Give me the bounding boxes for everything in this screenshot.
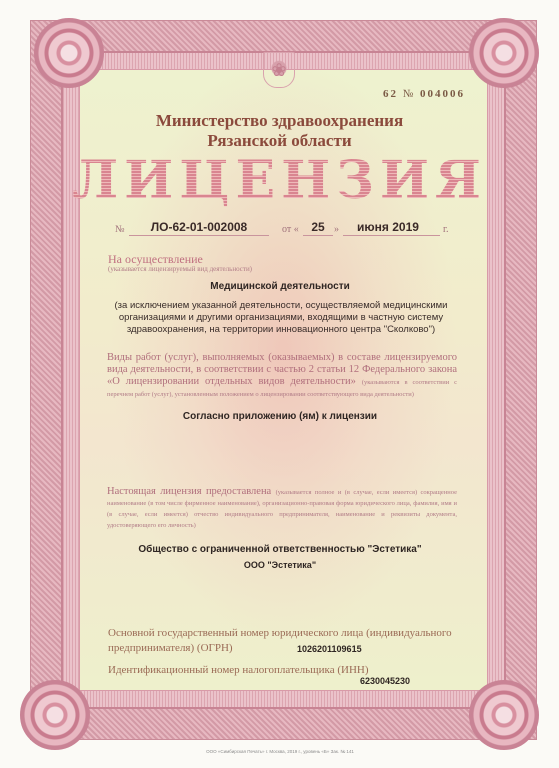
- inn-label: Идентификационный номер налогоплательщик…: [108, 664, 369, 676]
- serial-value: 004006: [420, 88, 465, 100]
- issuer: Министерство здравоохранения Рязанской о…: [0, 111, 559, 151]
- corner-rosette-icon: [20, 680, 90, 750]
- works-block: Виды работ (услуг), выполняемых (оказыва…: [107, 352, 457, 400]
- issuer-line1: Министерство здравоохранения: [0, 111, 559, 131]
- year-suffix: г.: [443, 224, 448, 235]
- serial-region: 62: [383, 88, 398, 100]
- license-number: ЛО-62-01-002008: [129, 220, 269, 234]
- activity-value: Медицинской деятельности: [80, 281, 480, 292]
- number-label: №: [115, 224, 125, 235]
- corner-rosette-icon: [469, 18, 539, 88]
- serial-number: 62 № 004006: [383, 88, 465, 100]
- licensee-full-name: Общество с ограниченной ответственностью…: [80, 544, 480, 555]
- ogrn-value: 1026201109615: [297, 644, 362, 654]
- corner-rosette-icon: [469, 680, 539, 750]
- issuer-line2: Рязанской области: [0, 131, 559, 151]
- serial-sign: №: [403, 88, 416, 100]
- date-from-label: от «: [282, 224, 299, 235]
- licensee-short-name: ООО "Эстетика": [80, 560, 480, 570]
- printer-footer: ООО «Симбирская Печать» г. Москва, 2019 …: [180, 749, 380, 754]
- licensee-block: Настоящая лицензия предоставлена (указыв…: [107, 486, 457, 530]
- activity-hint: (указывается лицензируемый вид деятельно…: [108, 265, 252, 273]
- licensee-label: Настоящая лицензия предоставлена: [107, 486, 271, 497]
- ogrn-label: Основной государственный номер юридическ…: [108, 626, 463, 656]
- license-number-row: № ЛО-62-01-002008 от « 25 » июня 2019 г.: [115, 218, 445, 238]
- corner-rosette-icon: [34, 18, 104, 88]
- activity-note: (за исключением указанной деятельности, …: [84, 300, 478, 336]
- inn-value: 6230045230: [360, 676, 410, 686]
- document-title: ЛИЦЕНЗИЯ: [0, 150, 559, 211]
- license-day: 25: [303, 220, 333, 234]
- coat-of-arms-icon: ❀: [263, 52, 295, 88]
- license-month-year: июня 2019: [343, 220, 433, 234]
- date-quote: »: [334, 224, 339, 235]
- works-value: Согласно приложению (ям) к лицензии: [80, 411, 480, 422]
